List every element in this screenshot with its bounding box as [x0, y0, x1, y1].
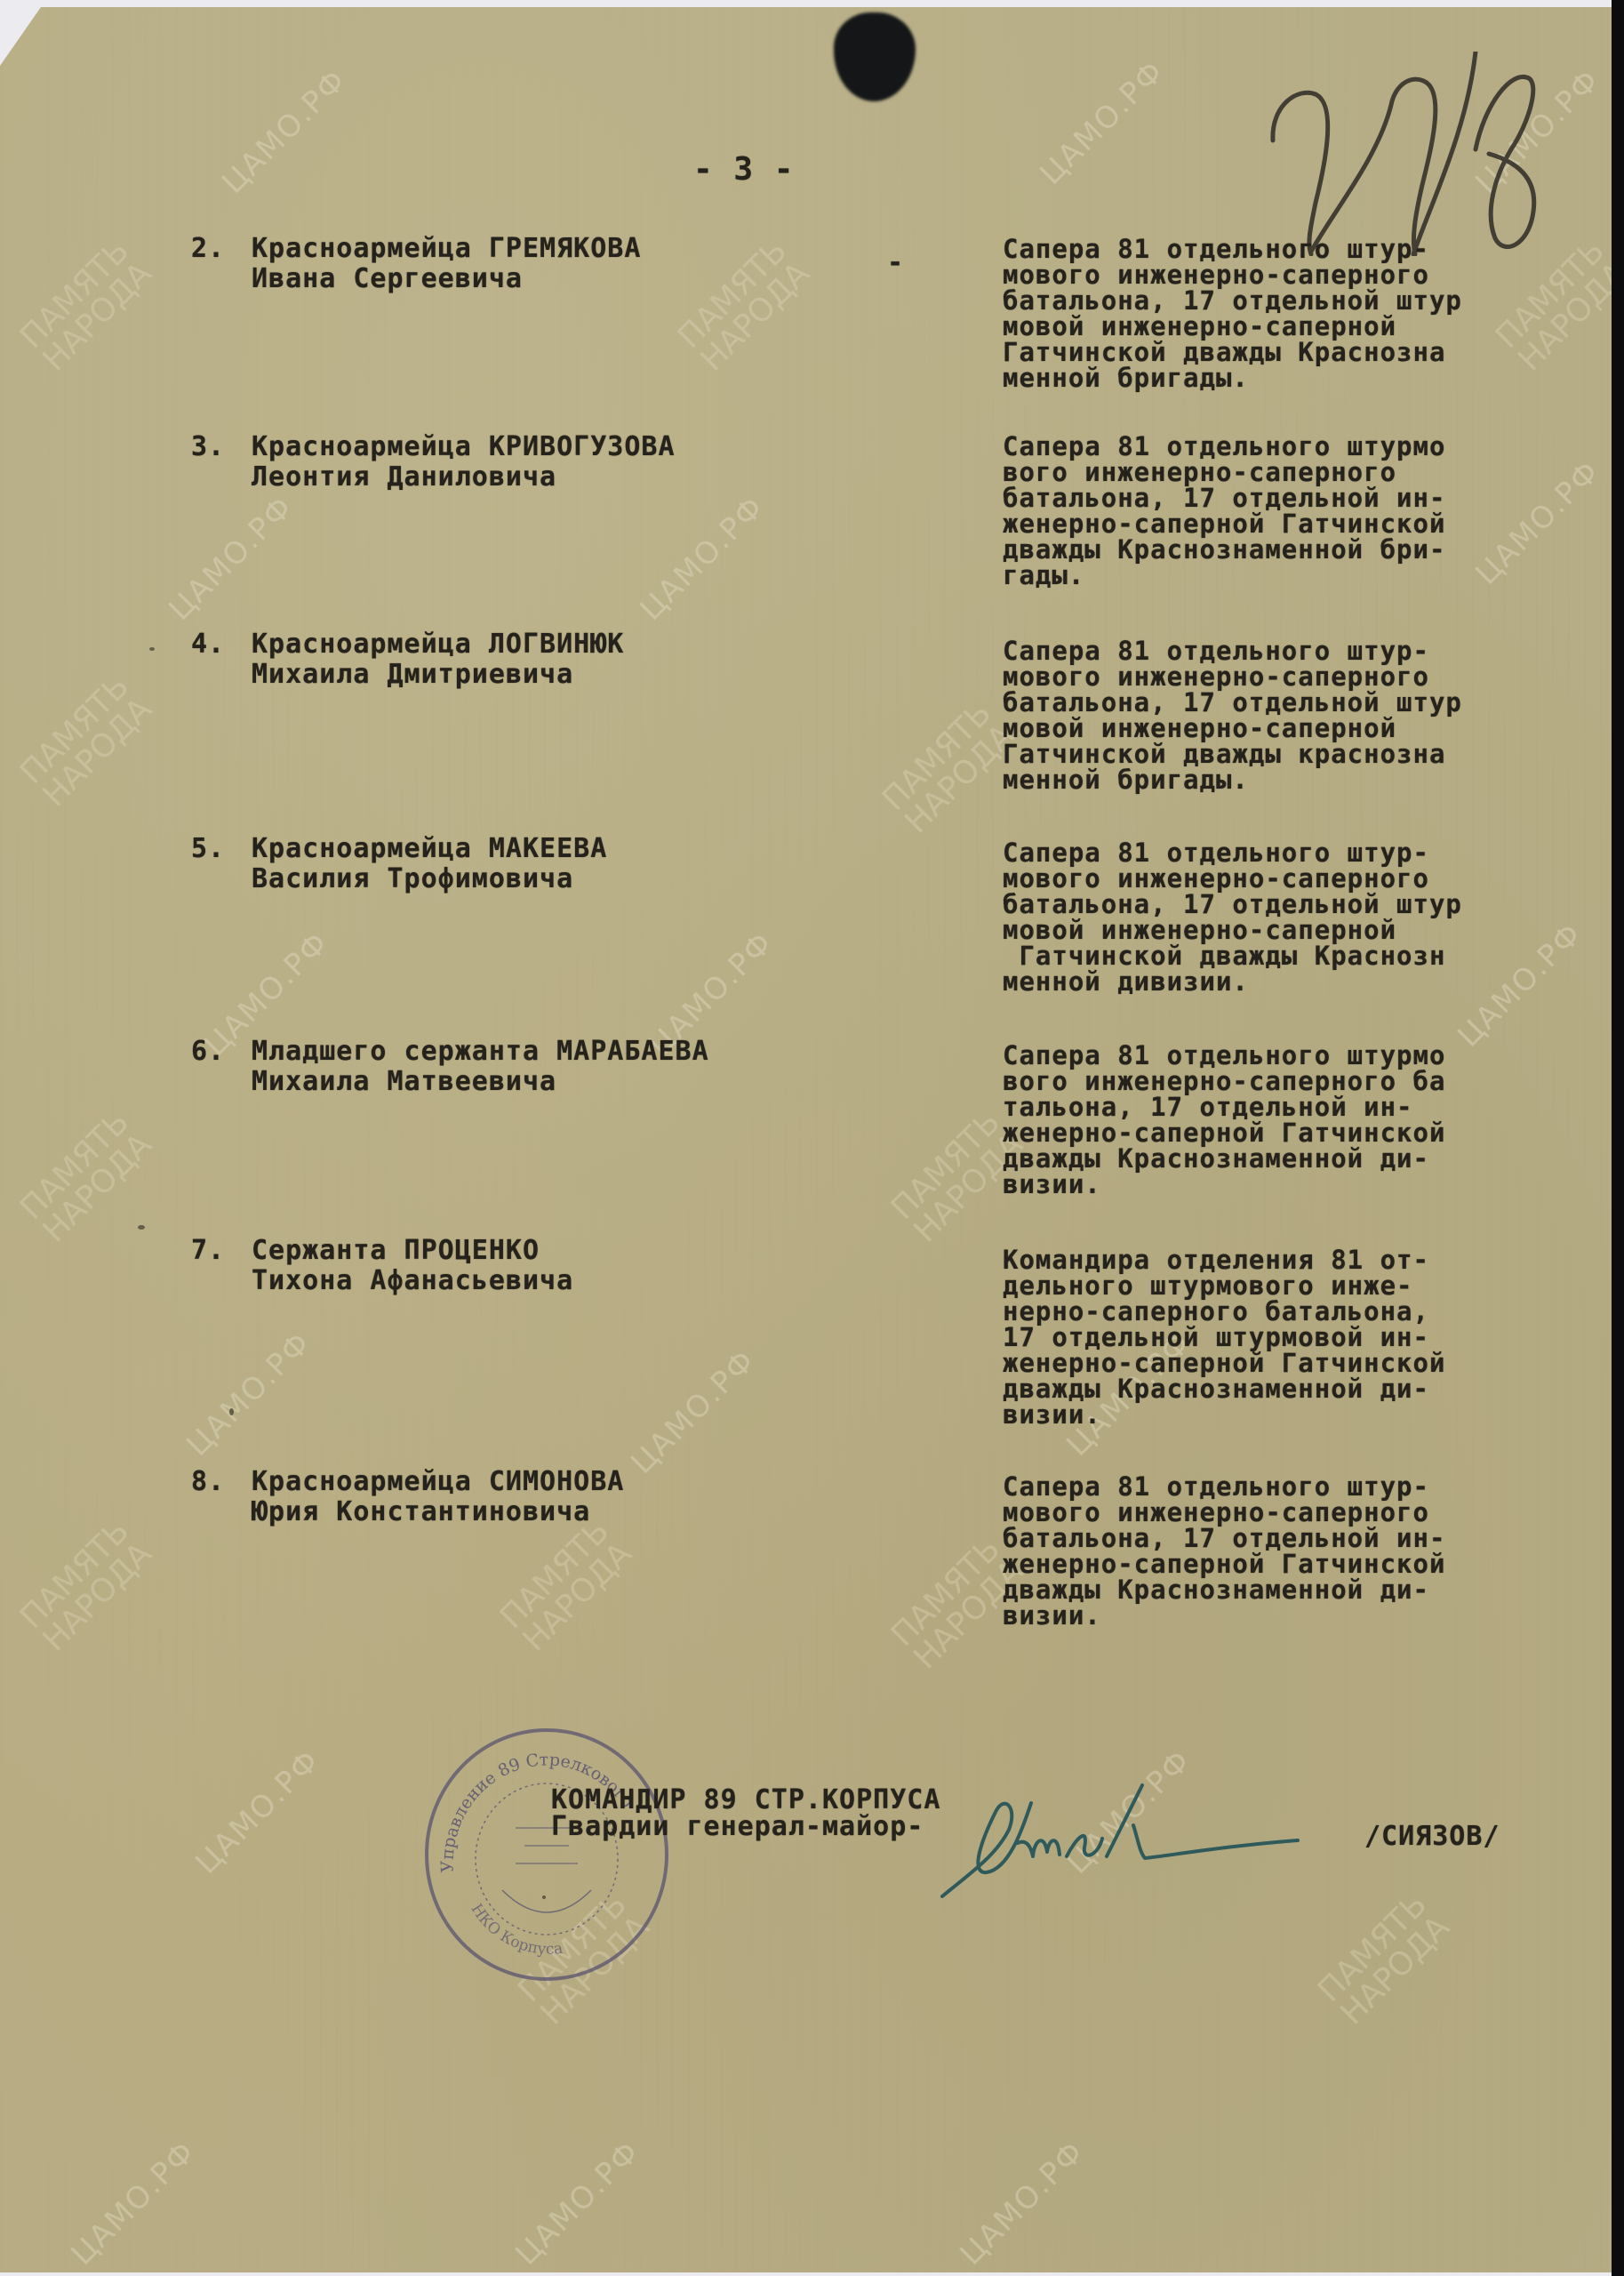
entry-position: Сапера 81 отдельного штур-мового инженер…: [1003, 236, 1607, 391]
entry-number: 3.: [191, 432, 252, 462]
handwritten-sheet-number-228: [1262, 52, 1556, 256]
watermark-archive: ЦАМО.РФ: [64, 2134, 203, 2272]
signatory-name: /СИЯЗОВ/: [1364, 1821, 1500, 1852]
entry-rank-surname: Сержанта ПРОЦЕНКО: [252, 1235, 540, 1266]
watermark-project: ПАМЯТЬНАРОДА: [673, 235, 815, 377]
entry-rank-surname: Красноармейца ГРЕМЯКОВА: [252, 233, 641, 264]
entry-given-names: Ивана Сергеевича: [191, 264, 641, 294]
paper-speck: [542, 1895, 546, 1899]
entry-given-names: Михаила Матвеевича: [191, 1067, 709, 1097]
entry-number: 8.: [191, 1467, 252, 1497]
handwritten-signature: [933, 1776, 1307, 1901]
entry-separator-dash: -: [887, 247, 904, 278]
paper-speck: [149, 647, 155, 651]
watermark-project: ПАМЯТЬНАРОДА: [15, 1515, 157, 1657]
signature-title-line2: Гвардии генерал-майор-: [551, 1814, 940, 1840]
entry-number: 4.: [191, 629, 252, 660]
watermark-archive: ЦАМО.РФ: [162, 489, 300, 628]
entry-position: Сапера 81 отдельного штур-мового инженер…: [1003, 840, 1607, 995]
watermark-archive: ЦАМО.РФ: [624, 1342, 763, 1481]
entry-position: Сапера 81 отдельного штурмового инженерн…: [1003, 434, 1607, 589]
entry-person: 6.Младшего сержанта МАРАБАЕВА Михаила Ма…: [191, 1037, 709, 1097]
entry-given-names: Тихона Афанасьевича: [191, 1266, 573, 1296]
signature-title-line1: КОМАНДИР 89 СТР.КОРПУСА: [551, 1787, 940, 1814]
watermark-archive: ЦАМО.РФ: [1033, 53, 1172, 192]
entry-given-names: Михаила Дмитриевича: [191, 660, 624, 690]
watermark-archive: ЦАМО.РФ: [188, 1743, 327, 1881]
ink-blot: [834, 12, 916, 101]
entry-person: 8.Красноармейца СИМОНОВА Юрия Константин…: [191, 1467, 624, 1527]
scan-edge: [1612, 0, 1624, 2276]
watermark-project: ПАМЯТЬНАРОДА: [15, 235, 157, 377]
entry-position: Сапера 81 отдельного штур-мового инженер…: [1003, 1474, 1607, 1629]
entry-person: 4.Красноармейца ЛОГВИНЮК Михаила Дмитрие…: [191, 629, 624, 690]
watermark-archive: ЦАМО.РФ: [508, 2134, 647, 2272]
watermark-archive: ЦАМО.РФ: [215, 62, 354, 201]
watermark-project: ПАМЯТЬНАРОДА: [877, 697, 1020, 839]
watermark-project: ПАМЯТЬНАРОДА: [15, 1106, 157, 1248]
official-stamp-icon: Управление 89 Стрелкового НКО Корпуса: [418, 1721, 676, 1988]
entry-given-names: Юрия Константиновича: [191, 1497, 624, 1527]
entry-person: 3.Красноармейца КРИВОГУЗОВА Леонтия Дани…: [191, 432, 676, 493]
entry-rank-surname: Младшего сержанта МАРАБАЕВА: [252, 1036, 709, 1067]
watermark-project: ПАМЯТЬНАРОДА: [495, 1515, 637, 1657]
entry-number: 5.: [191, 834, 252, 864]
entry-number: 7.: [191, 1236, 252, 1266]
entry-number: 6.: [191, 1037, 252, 1067]
entry-number: 2.: [191, 234, 252, 264]
entry-rank-surname: Красноармейца МАКЕЕВА: [252, 833, 607, 864]
page-number: - 3 -: [693, 151, 794, 188]
entry-person: 5.Красноармейца МАКЕЕВА Василия Трофимов…: [191, 834, 607, 894]
watermark-project: ПАМЯТЬНАРОДА: [15, 670, 157, 813]
watermark-project: ПАМЯТЬНАРОДА: [1313, 1888, 1455, 2031]
entry-position: Сапера 81 отдельного штур-мового инженер…: [1003, 638, 1607, 793]
entry-rank-surname: Красноармейца ЛОГВИНЮК: [252, 629, 624, 660]
entry-given-names: Василия Трофимовича: [191, 864, 607, 894]
entry-position: Сапера 81 отдельного штурмового инженерн…: [1003, 1043, 1607, 1198]
entry-position: Командира отделения 81 от-дельного штурм…: [1003, 1247, 1607, 1428]
entry-person: 2.Красноармейца ГРЕМЯКОВА Ивана Сергееви…: [191, 234, 641, 294]
watermark-archive: ЦАМО.РФ: [953, 2134, 1092, 2272]
paper-speck: [138, 1225, 145, 1230]
entry-rank-surname: Красноармейца СИМОНОВА: [252, 1466, 624, 1497]
document-page: ЦАМО.РФ ЦАМО.РФ ЦАМО.РФ ЦАМО.РФ ЦАМО.РФ …: [0, 7, 1612, 2272]
watermark-archive: ЦАМО.РФ: [180, 1325, 318, 1463]
entry-person: 7.Сержанта ПРОЦЕНКО Тихона Афанасьевича: [191, 1236, 573, 1296]
stamp-text-bottom: НКО Корпуса: [468, 1901, 564, 1959]
watermark-archive: ЦАМО.РФ: [633, 489, 772, 628]
entry-given-names: Леонтия Даниловича: [191, 462, 676, 493]
paper-speck: [229, 1408, 234, 1415]
svg-text:НКО Корпуса: НКО Корпуса: [468, 1901, 564, 1959]
signature-title: КОМАНДИР 89 СТР.КОРПУСА Гвардии генерал-…: [551, 1787, 940, 1840]
entry-rank-surname: Красноармейца КРИВОГУЗОВА: [252, 431, 676, 462]
